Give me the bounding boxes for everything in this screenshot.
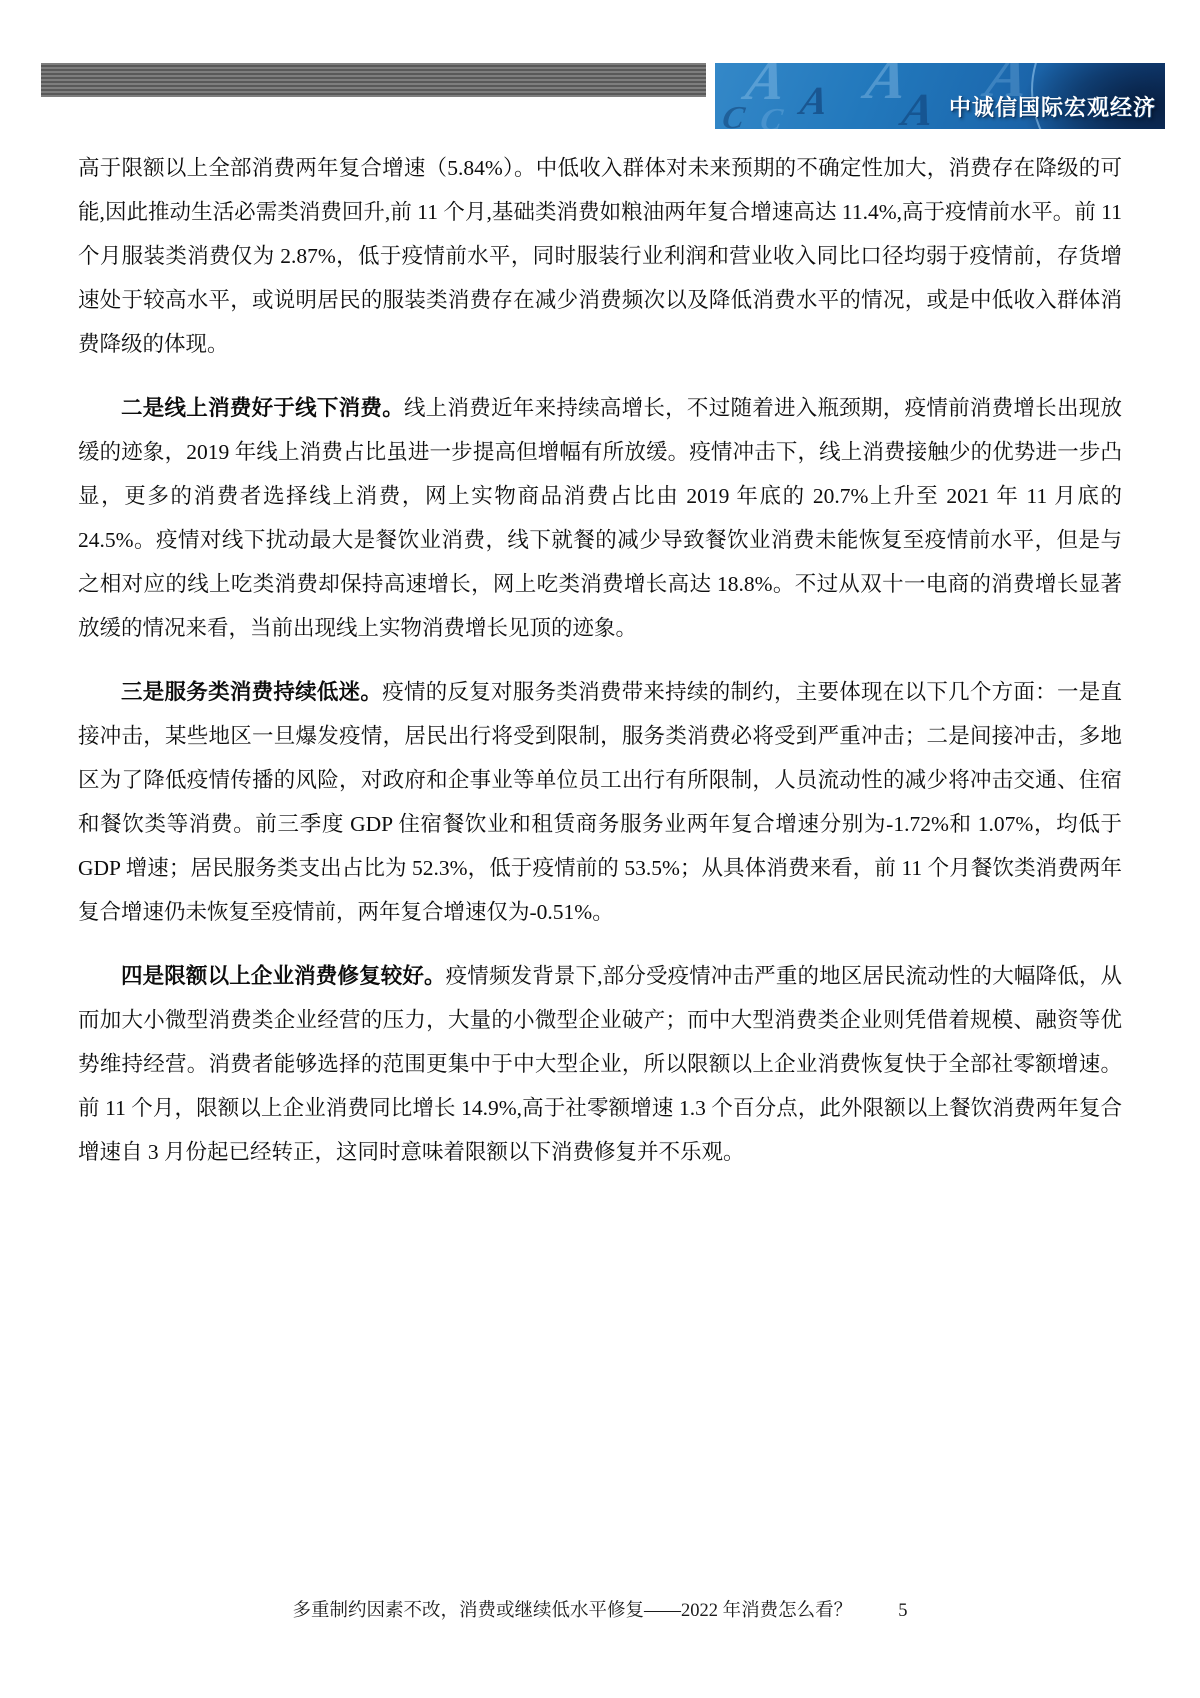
watermark-letter: A [797, 81, 831, 121]
paragraph-lead: 二是线上消费好于线下消费。 [121, 396, 404, 420]
document-body: 高于限额以上全部消费两年复合增速（5.84%）。中低收入群体对未来预期的不确定性… [78, 146, 1122, 1194]
page-number: 5 [898, 1601, 907, 1622]
paragraph-lead: 四是限额以上企业消费修复较好。 [121, 964, 446, 988]
paragraph-text: 线上消费近年来持续高增长，不过随着进入瓶颈期，疫情前消费增长出现放缓的迹象，20… [78, 396, 1122, 640]
header-stripe-bar [41, 63, 706, 97]
paragraph-lead: 三是服务类消费持续低迷。 [121, 680, 382, 704]
footer-report-title: 多重制约因素不改，消费或继续低水平修复——2022 年消费怎么看？ [293, 1596, 853, 1622]
document-page: A A A A C C A 中诚信国际宏观经济 高于限额以上全部消费两年复合增速… [0, 0, 1200, 1698]
brand-banner: A A A A C C A 中诚信国际宏观经济 [715, 63, 1165, 129]
paragraph-2: 二是线上消费好于线下消费。线上消费近年来持续高增长，不过随着进入瓶颈期，疫情前消… [78, 386, 1122, 650]
paragraph-4: 四是限额以上企业消费修复较好。疫情频发背景下,部分受疫情冲击严重的地区居民流动性… [78, 954, 1122, 1174]
banner-title: 中诚信国际宏观经济 [949, 91, 1156, 122]
paragraph-3: 三是服务类消费持续低迷。疫情的反复对服务类消费带来持续的制约，主要体现在以下几个… [78, 670, 1122, 934]
page-footer: 多重制约因素不改，消费或继续低水平修复——2022 年消费怎么看？ 5 [0, 1596, 1200, 1622]
watermark-letter: C [758, 103, 785, 129]
watermark-letter: C [720, 101, 747, 129]
paragraph-text: 疫情的反复对服务类消费带来持续的制约，主要体现在以下几个方面：一是直接冲击，某些… [78, 680, 1122, 924]
watermark-letter: A [899, 87, 938, 129]
paragraph-text: 高于限额以上全部消费两年复合增速（5.84%）。中低收入群体对未来预期的不确定性… [78, 156, 1122, 356]
paragraph-1: 高于限额以上全部消费两年复合增速（5.84%）。中低收入群体对未来预期的不确定性… [78, 146, 1122, 366]
paragraph-text: 疫情频发背景下,部分受疫情冲击严重的地区居民流动性的大幅降低，从而加大小微型消费… [78, 964, 1122, 1164]
